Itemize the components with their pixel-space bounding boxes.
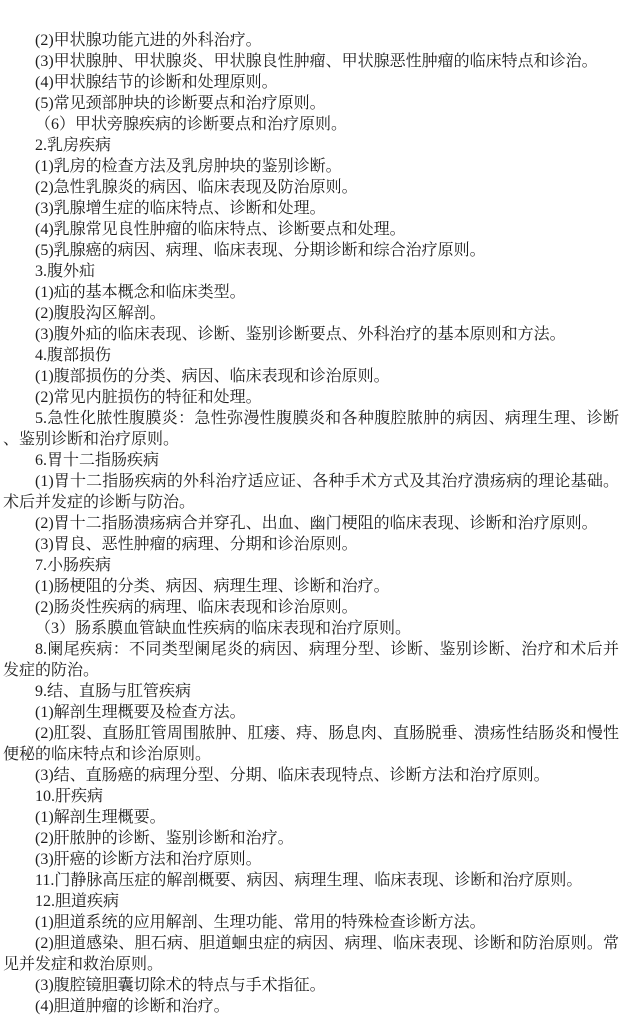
syllabus-paragraph-list: (2)甲状腺功能亢进的外科治疗。(3)甲状腺肿、甲状腺炎、甲状腺良性肿瘤、甲状腺…	[3, 30, 619, 1017]
paragraph: (5)常见颈部肿块的诊断要点和治疗原则。	[3, 93, 619, 114]
paragraph: (4)胆道肿瘤的诊断和治疗。	[3, 996, 619, 1017]
paragraph: (5)乳腺癌的病因、病理、临床表现、分期诊断和综合治疗原则。	[3, 240, 619, 261]
paragraph: (1)疝的基本概念和临床类型。	[3, 282, 619, 303]
paragraph: 9.结、直肠与肛管疾病	[3, 681, 619, 702]
paragraph: (4)乳腺常见良性肿瘤的临床特点、诊断要点和处理。	[3, 219, 619, 240]
paragraph: (3)腹外疝的临床表现、诊断、鉴别诊断要点、外科治疗的基本原则和方法。	[3, 324, 619, 345]
paragraph: 2.乳房疾病	[3, 135, 619, 156]
paragraph: (1)胆道系统的应用解剖、生理功能、常用的特殊检查诊断方法。	[3, 912, 619, 933]
document-page: (2)甲状腺功能亢进的外科治疗。(3)甲状腺肿、甲状腺炎、甲状腺良性肿瘤、甲状腺…	[0, 0, 623, 1031]
paragraph: (2)肛裂、直肠肛管周围脓肿、肛瘘、痔、肠息肉、直肠脱垂、溃疡性结肠炎和慢性便秘…	[3, 723, 619, 765]
paragraph: （3）肠系膜血管缺血性疾病的临床表现和治疗原则。	[3, 618, 619, 639]
paragraph: (1)解剖生理概要。	[3, 807, 619, 828]
paragraph: (1)乳房的检查方法及乳房肿块的鉴别诊断。	[3, 156, 619, 177]
paragraph: (3)胃良、恶性肿瘤的病理、分期和诊治原则。	[3, 534, 619, 555]
paragraph: (2)常见内脏损伤的特征和处理。	[3, 387, 619, 408]
paragraph: (1)肠梗阻的分类、病因、病理生理、诊断和治疗。	[3, 576, 619, 597]
paragraph: (3)结、直肠癌的病理分型、分期、临床表现特点、诊断方法和治疗原则。	[3, 765, 619, 786]
paragraph: 4.腹部损伤	[3, 345, 619, 366]
paragraph: 12.胆道疾病	[3, 891, 619, 912]
paragraph: (2)急性乳腺炎的病因、临床表现及防治原则。	[3, 177, 619, 198]
paragraph: (1)胃十二指肠疾病的外科治疗适应证、各种手术方式及其治疗溃疡病的理论基础。术后…	[3, 471, 619, 513]
paragraph: (4)甲状腺结节的诊断和处理原则。	[3, 72, 619, 93]
paragraph: (2)腹股沟区解剖。	[3, 303, 619, 324]
paragraph: (2)肝脓肿的诊断、鉴别诊断和治疗。	[3, 828, 619, 849]
paragraph: 8.阑尾疾病：不同类型阑尾炎的病因、病理分型、诊断、鉴别诊断、治疗和术后并发症的…	[3, 639, 619, 681]
paragraph: (2)甲状腺功能亢进的外科治疗。	[3, 30, 619, 51]
paragraph: 3.腹外疝	[3, 261, 619, 282]
paragraph: (3)甲状腺肿、甲状腺炎、甲状腺良性肿瘤、甲状腺恶性肿瘤的临床特点和诊治。	[3, 51, 619, 72]
paragraph: (1)腹部损伤的分类、病因、临床表现和诊治原则。	[3, 366, 619, 387]
paragraph: (3)腹腔镜胆囊切除术的特点与手术指征。	[3, 975, 619, 996]
paragraph: (3)乳腺增生症的临床特点、诊断和处理。	[3, 198, 619, 219]
paragraph: 5.急性化脓性腹膜炎：急性弥漫性腹膜炎和各种腹腔脓肿的病因、病理生理、诊断、鉴别…	[3, 408, 619, 450]
paragraph: 7.小肠疾病	[3, 555, 619, 576]
paragraph: 10.肝疾病	[3, 786, 619, 807]
paragraph: (3)肝癌的诊断方法和治疗原则。	[3, 849, 619, 870]
paragraph: (1)解剖生理概要及检查方法。	[3, 702, 619, 723]
paragraph: (2)胃十二指肠溃疡病合并穿孔、出血、幽门梗阻的临床表现、诊断和治疗原则。	[3, 513, 619, 534]
paragraph: (2)胆道感染、胆石病、胆道蛔虫症的病因、病理、临床表现、诊断和防治原则。常见并…	[3, 933, 619, 975]
paragraph: (2)肠炎性疾病的病理、临床表现和诊治原则。	[3, 597, 619, 618]
paragraph: （6）甲状旁腺疾病的诊断要点和治疗原则。	[3, 114, 619, 135]
paragraph: 6.胃十二指肠疾病	[3, 450, 619, 471]
paragraph: 11.门静脉高压症的解剖概要、病因、病理生理、临床表现、诊断和治疗原则。	[3, 870, 619, 891]
